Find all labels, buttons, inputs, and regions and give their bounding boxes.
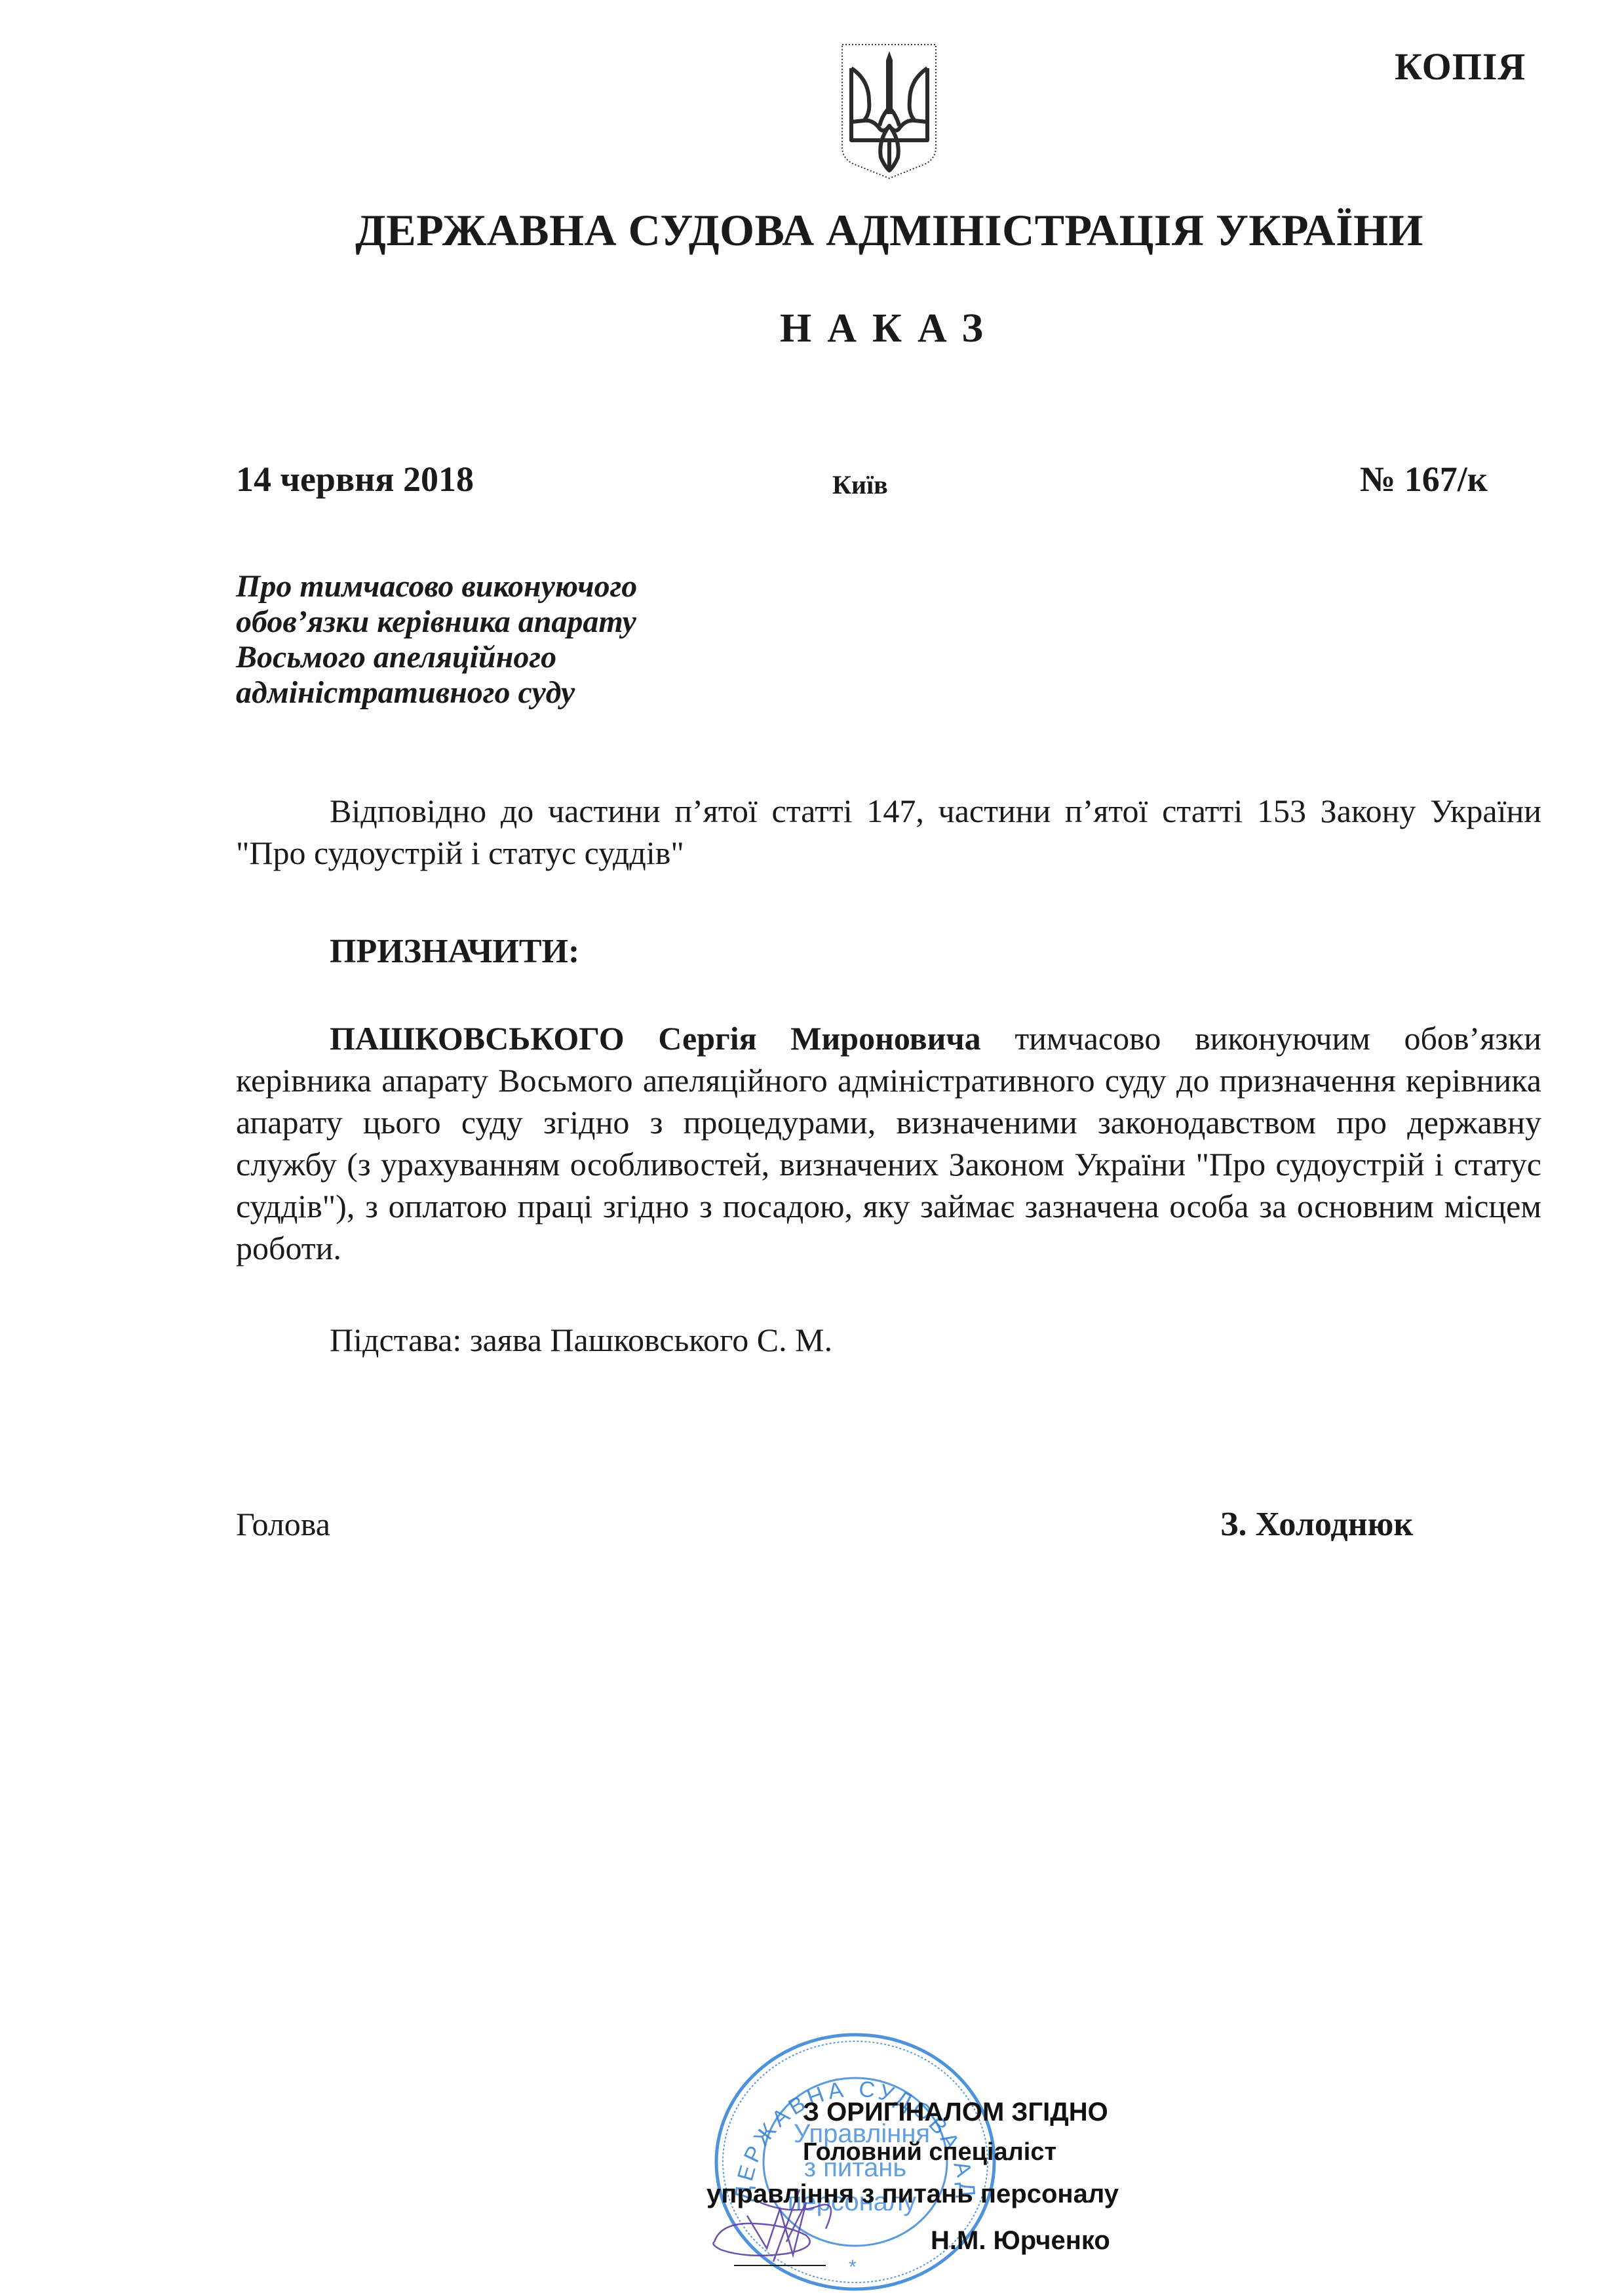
certification-line: З ОРИГІНАЛОМ ЗГІДНО [803,2098,1108,2127]
subject-line: Про тимчасово виконуючого [236,569,734,604]
appointment-text: тимчасово виконуючим обов’язки керівника… [236,1020,1541,1266]
organization-title: ДЕРЖАВНА СУДОВА АДМІНІСТРАЦІЯ УКРАЇНИ [0,205,1624,256]
coat-of-arms-trident-icon [840,42,938,181]
subject-line: Восьмого апеляційного [236,640,734,675]
signatory-role: Голова [236,1505,330,1543]
certification-name: Н.М. Юрченко [931,2226,1110,2256]
subject-line: обов’язки керівника апарату [236,604,734,640]
document-type: НАКАЗ [0,305,1624,352]
order-date: 14 червня 2018 [236,459,474,500]
signatory-name: З. Холоднюк [1220,1505,1413,1544]
certification-department: управління з питань персоналу [706,2180,1119,2209]
preamble-paragraph: Відповідно до частини п’ятої статті 147,… [236,790,1541,874]
appointee-name: ПАШКОВСЬКОГО Сергія Мироновича [330,1020,981,1057]
copy-mark: КОПІЯ [1395,45,1526,88]
order-city: Київ [832,469,888,500]
order-subject: Про тимчасово виконуючого обов’язки кері… [236,569,734,711]
basis-line: Підстава: заява Пашковського С. М. [330,1321,832,1359]
order-number: № 167/к [1360,459,1488,500]
directive-heading: ПРИЗНАЧИТИ: [330,932,579,971]
appointment-paragraph: ПАШКОВСЬКОГО Сергія Мироновича тимчасово… [236,1017,1541,1269]
preamble-text: Відповідно до частини п’ятої статті 147,… [236,793,1541,871]
certification-position: Головний спеціаліст [803,2138,1056,2166]
subject-line: адміністративного суду [236,675,734,711]
